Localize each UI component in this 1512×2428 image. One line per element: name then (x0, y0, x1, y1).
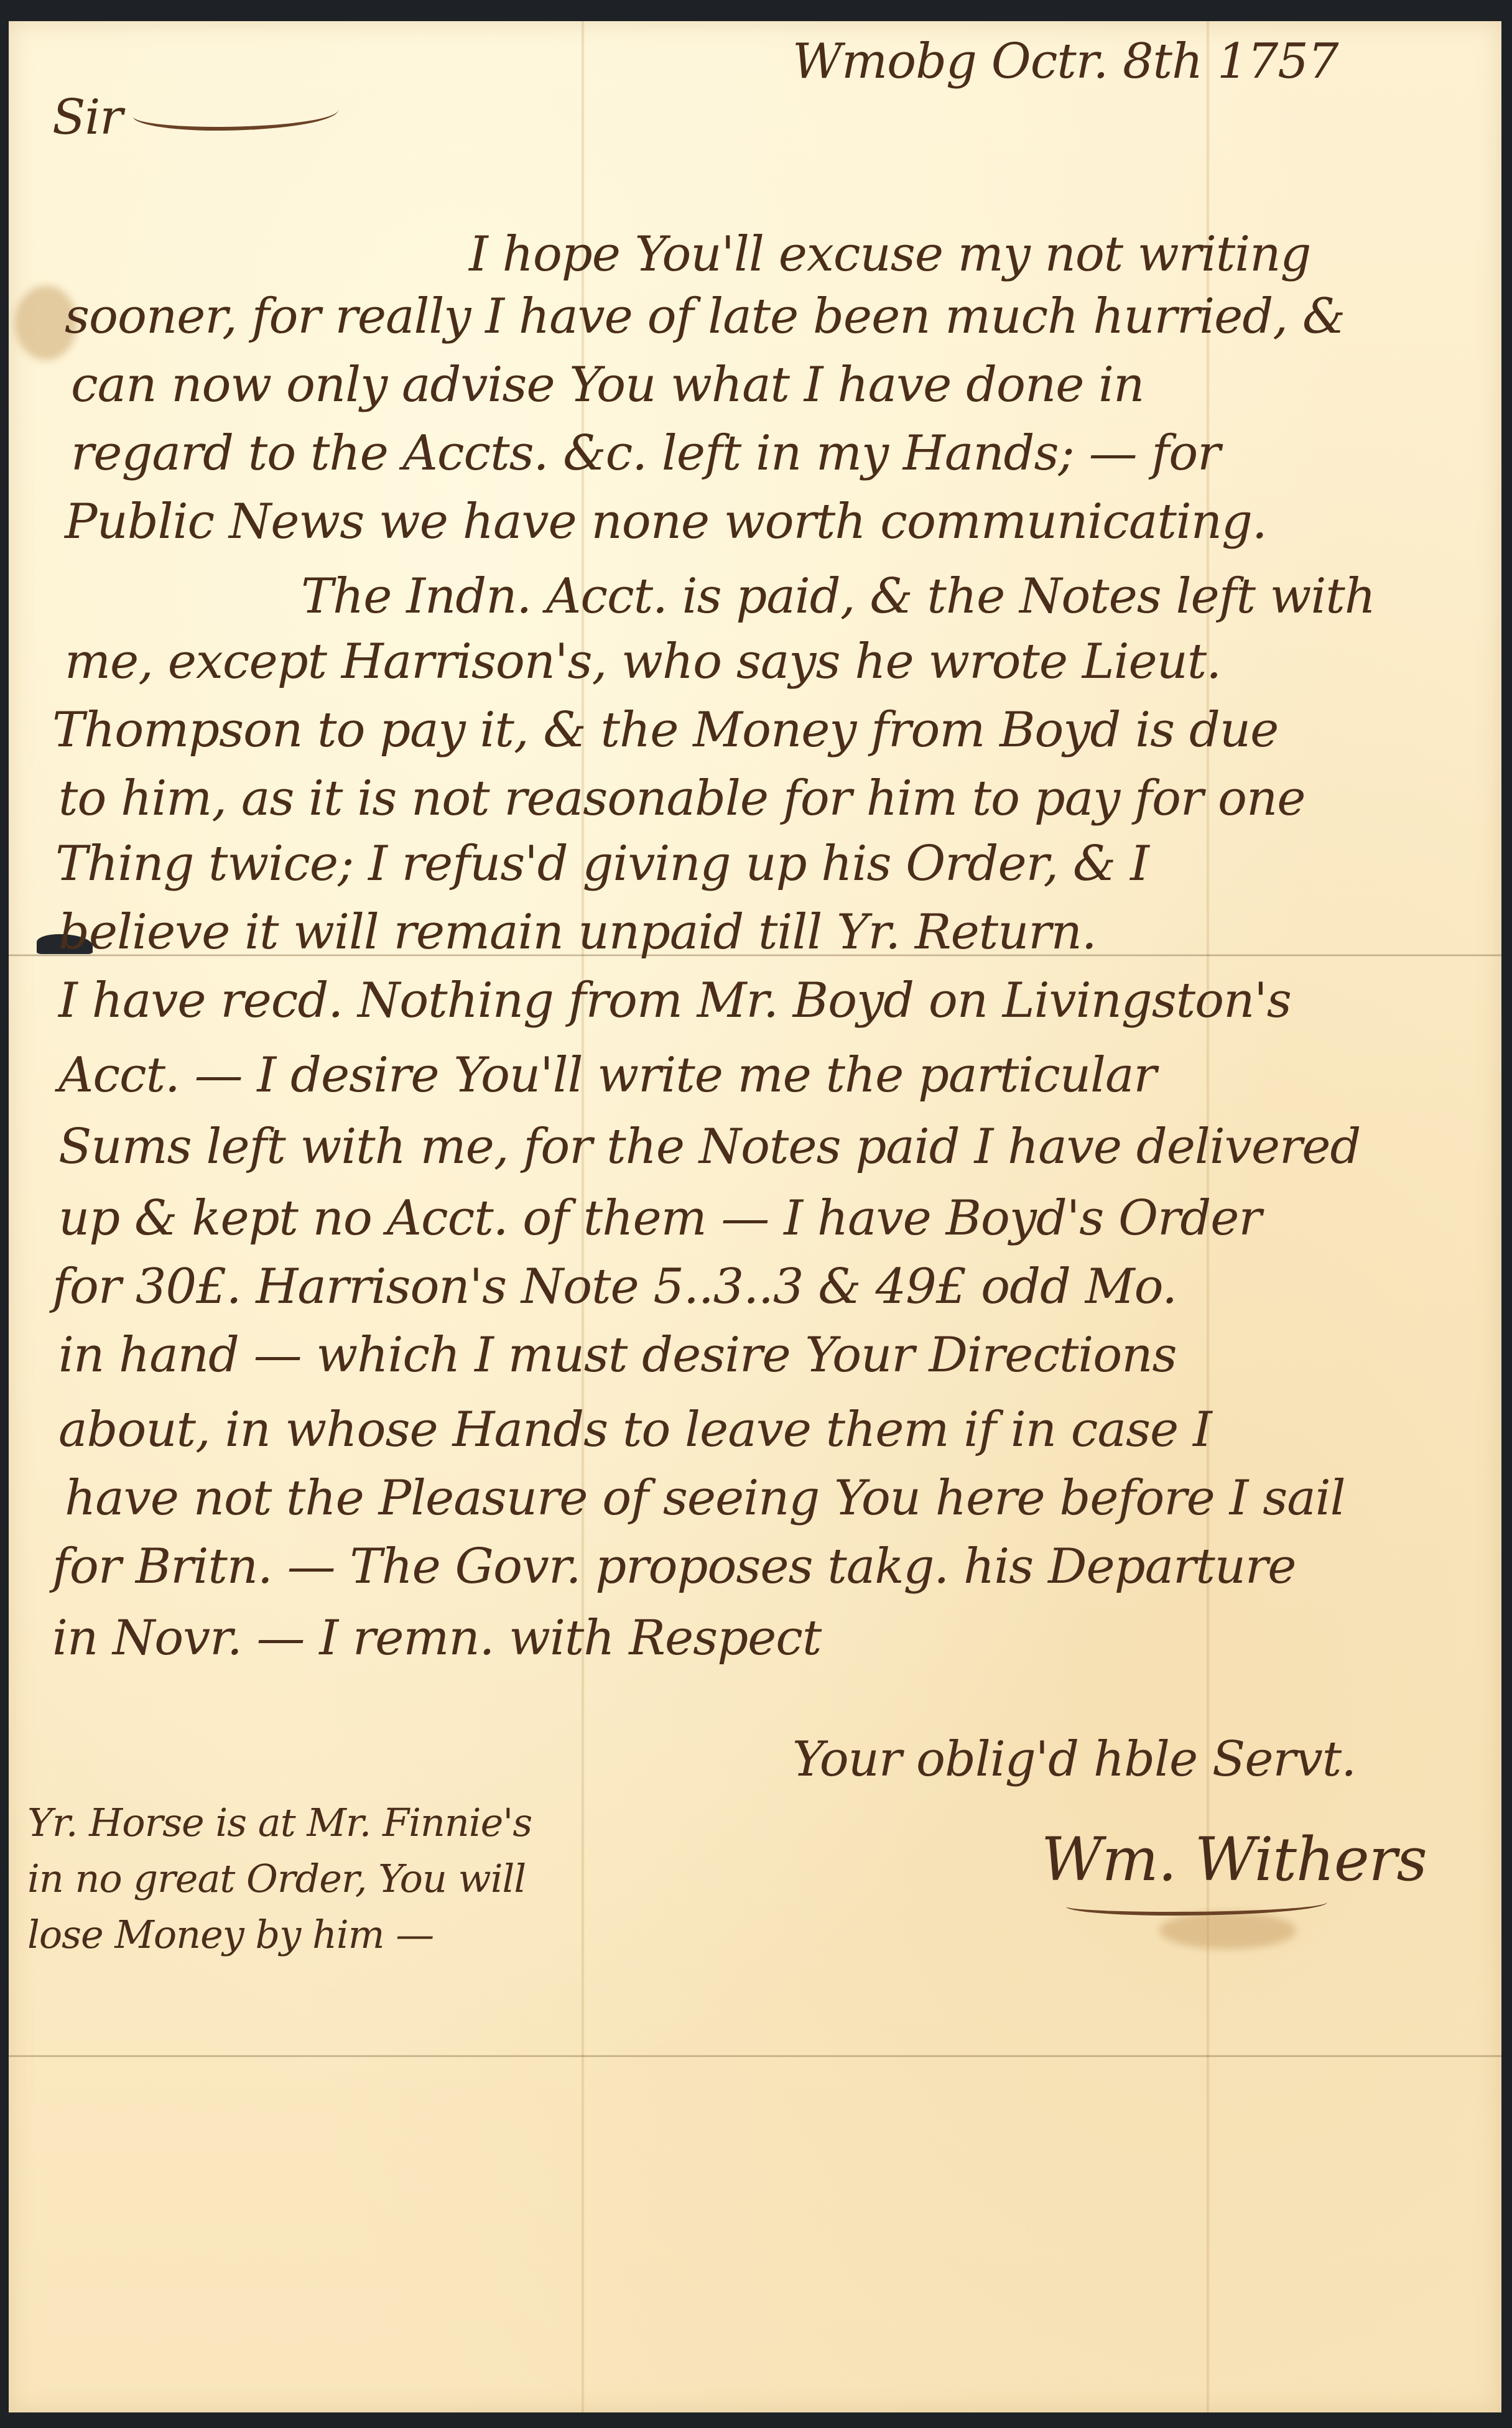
place-date: Wmobg Octr. 8th 1757 (792, 34, 1338, 90)
closing: Your oblig'd hble Servt. (792, 1731, 1356, 1787)
postscript-line: lose Money by him — (27, 1912, 434, 1957)
body-line: Thing twice; I refus'd giving up his Ord… (55, 836, 1149, 892)
ink-blot (1159, 1912, 1296, 1949)
fold-line-horizontal (9, 2055, 1501, 2057)
body-line: for Britn. — The Govr. proposes takg. hi… (52, 1539, 1296, 1595)
body-line: Acct. — I desire You'll write me the par… (58, 1047, 1156, 1103)
body-line: The Indn. Acct. is paid, & the Notes lef… (301, 568, 1375, 624)
body-line: I have recd. Nothing from Mr. Boyd on Li… (58, 973, 1291, 1029)
body-line: regard to the Accts. &c. left in my Hand… (71, 425, 1220, 481)
body-line: Thompson to pay it, & the Money from Boy… (52, 702, 1278, 758)
body-line: I hope You'll excuse my not writing (469, 226, 1310, 282)
body-line: have not the Pleasure of seeing You here… (65, 1470, 1345, 1526)
salutation-flourish (133, 96, 338, 131)
body-line: for 30£. Harrison's Note 5..3..3 & 49£ o… (52, 1259, 1177, 1315)
salutation: Sir (52, 90, 123, 146)
body-line: in hand — which I must desire Your Direc… (58, 1327, 1177, 1383)
body-line: believe it will remain unpaid till Yr. R… (58, 904, 1097, 960)
letter-paper: Wmobg Octr. 8th 1757 Sir I hope You'll e… (9, 21, 1501, 2412)
body-line: up & kept no Acct. of them — I have Boyd… (58, 1190, 1261, 1246)
body-line: me, except Harrison's, who says he wrote… (65, 634, 1221, 690)
body-line: about, in whose Hands to leave them if i… (58, 1402, 1212, 1458)
body-line: to him, as it is not reasonable for him … (58, 771, 1305, 827)
postscript-line: in no great Order, You will (27, 1856, 526, 1901)
body-line: in Novr. — I remn. with Respect (52, 1610, 821, 1666)
signature-flourish (1066, 1893, 1327, 1916)
postscript-line: Yr. Horse is at Mr. Finnie's (27, 1800, 532, 1845)
body-line: sooner, for really I have of late been m… (65, 289, 1345, 345)
body-line: can now only advise You what I have done… (71, 357, 1144, 413)
signature: Wm. Withers (1041, 1825, 1427, 1894)
body-line: Sums left with me, for the Notes paid I … (58, 1119, 1360, 1175)
body-line: Public News we have none worth communica… (65, 494, 1267, 550)
